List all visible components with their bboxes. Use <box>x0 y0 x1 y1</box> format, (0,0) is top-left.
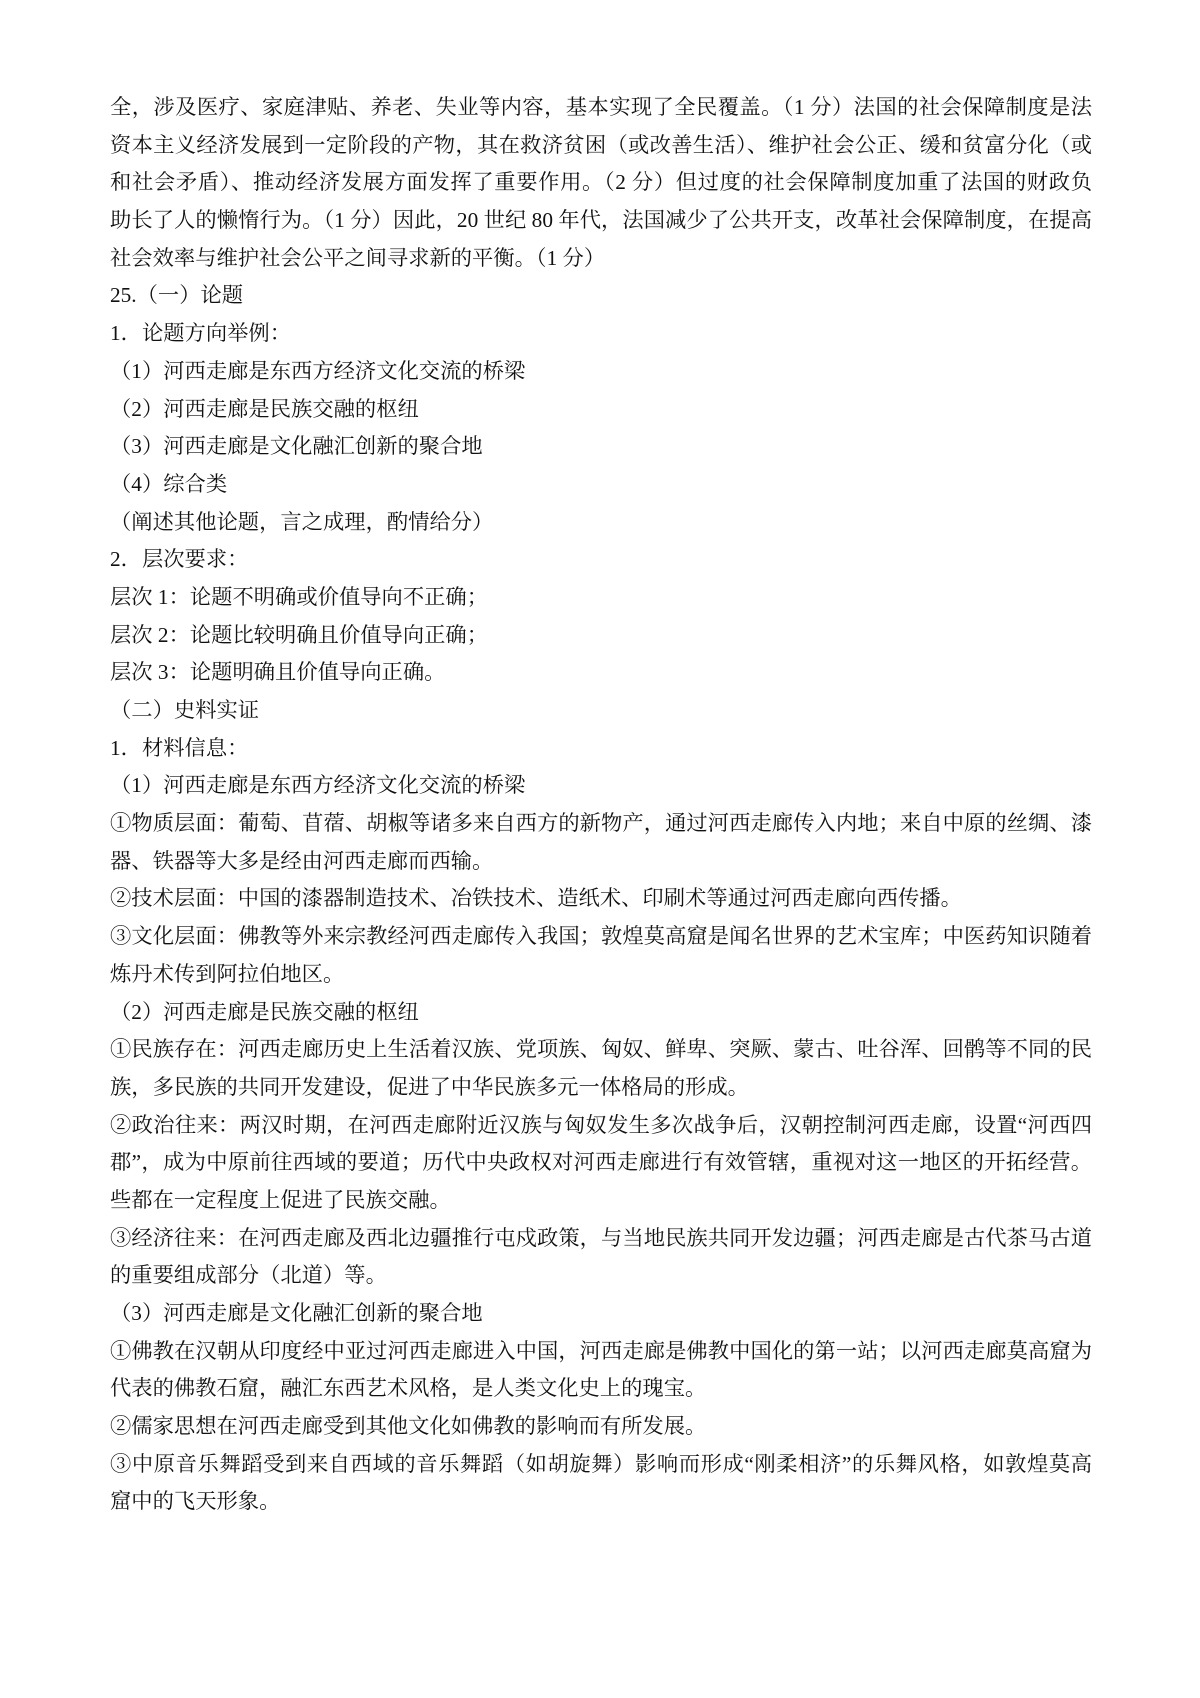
text-line: ①佛教在汉朝从印度经中亚过河西走廊进入中国，河西走廊是佛教中国化的第一站；以河西… <box>110 1333 1092 1371</box>
text-line: ②政治往来：两汉时期，在河西走廊附近汉族与匈奴发生多次战争后，汉朝控制河西走廊，… <box>110 1107 1092 1145</box>
text-line: ③经济往来：在河西走廊及西北边疆推行屯戍政策，与当地民族共同开发边疆；河西走廊是… <box>110 1220 1092 1258</box>
text-line: 窟中的飞天形象。 <box>110 1483 1092 1521</box>
text-line: 器、铁器等大多是经由河西走廊而西输。 <box>110 843 1092 881</box>
text-line: 些都在一定程度上促进了民族交融。 <box>110 1182 1092 1220</box>
text-line: 1．论题方向举例： <box>110 315 1092 353</box>
text-line: 代表的佛教石窟，融汇东西艺术风格，是人类文化史上的瑰宝。 <box>110 1370 1092 1408</box>
text-line: 全，涉及医疗、家庭津贴、养老、失业等内容，基本实现了全民覆盖。（1 分）法国的社… <box>110 89 1092 127</box>
text-line: 2．层次要求： <box>110 541 1092 579</box>
text-line: （1）河西走廊是东西方经济文化交流的桥梁 <box>110 353 1092 391</box>
text-line: 层次 2：论题比较明确且价值导向正确； <box>110 617 1092 655</box>
text-line: （2）河西走廊是民族交融的枢纽 <box>110 994 1092 1032</box>
document-page: 全，涉及医疗、家庭津贴、养老、失业等内容，基本实现了全民覆盖。（1 分）法国的社… <box>110 89 1092 1521</box>
text-line: 助长了人的懒惰行为。（1 分）因此，20 世纪 80 年代，法国减少了公共开支，… <box>110 202 1092 240</box>
text-line: 25.（一）论题 <box>110 277 1092 315</box>
text-line: ②技术层面：中国的漆器制造技术、冶铁技术、造纸术、印刷术等通过河西走廊向西传播。 <box>110 880 1092 918</box>
text-line: 社会效率与维护社会公平之间寻求新的平衡。（1 分） <box>110 240 1092 278</box>
text-line: ②儒家思想在河西走廊受到其他文化如佛教的影响而有所发展。 <box>110 1408 1092 1446</box>
text-line: 族，多民族的共同开发建设，促进了中华民族多元一体格局的形成。 <box>110 1069 1092 1107</box>
text-line: 郡”，成为中原前往西域的要道；历代中央政权对河西走廊进行有效管辖，重视对这一地区… <box>110 1144 1092 1182</box>
text-line: 层次 1：论题不明确或价值导向不正确； <box>110 579 1092 617</box>
text-line: ①民族存在：河西走廊历史上生活着汉族、党项族、匈奴、鲜卑、突厥、蒙古、吐谷浑、回… <box>110 1031 1092 1069</box>
text-line: 1．材料信息： <box>110 730 1092 768</box>
text-line: 的重要组成部分（北道）等。 <box>110 1257 1092 1295</box>
text-line: ③文化层面：佛教等外来宗教经河西走廊传入我国；敦煌莫高窟是闻名世界的艺术宝库；中… <box>110 918 1092 956</box>
text-line: 资本主义经济发展到一定阶段的产物，其在救济贫困（或改善生活）、维护社会公正、缓和… <box>110 127 1092 165</box>
text-line: （1）河西走廊是东西方经济文化交流的桥梁 <box>110 767 1092 805</box>
text-line: 和社会矛盾）、推动经济发展方面发挥了重要作用。（2 分）但过度的社会保障制度加重… <box>110 164 1092 202</box>
text-line: ③中原音乐舞蹈受到来自西域的音乐舞蹈（如胡旋舞）影响而形成“刚柔相济”的乐舞风格… <box>110 1446 1092 1484</box>
text-line: ①物质层面：葡萄、苜蓿、胡椒等诸多来自西方的新物产，通过河西走廊传入内地；来自中… <box>110 805 1092 843</box>
text-line: （2）河西走廊是民族交融的枢纽 <box>110 391 1092 429</box>
text-line: （4）综合类 <box>110 466 1092 504</box>
text-line: 炼丹术传到阿拉伯地区。 <box>110 956 1092 994</box>
text-line: （二）史料实证 <box>110 692 1092 730</box>
text-line: 层次 3：论题明确且价值导向正确。 <box>110 654 1092 692</box>
text-line: （阐述其他论题，言之成理，酌情给分） <box>110 504 1092 542</box>
text-line: （3）河西走廊是文化融汇创新的聚合地 <box>110 428 1092 466</box>
text-line: （3）河西走廊是文化融汇创新的聚合地 <box>110 1295 1092 1333</box>
